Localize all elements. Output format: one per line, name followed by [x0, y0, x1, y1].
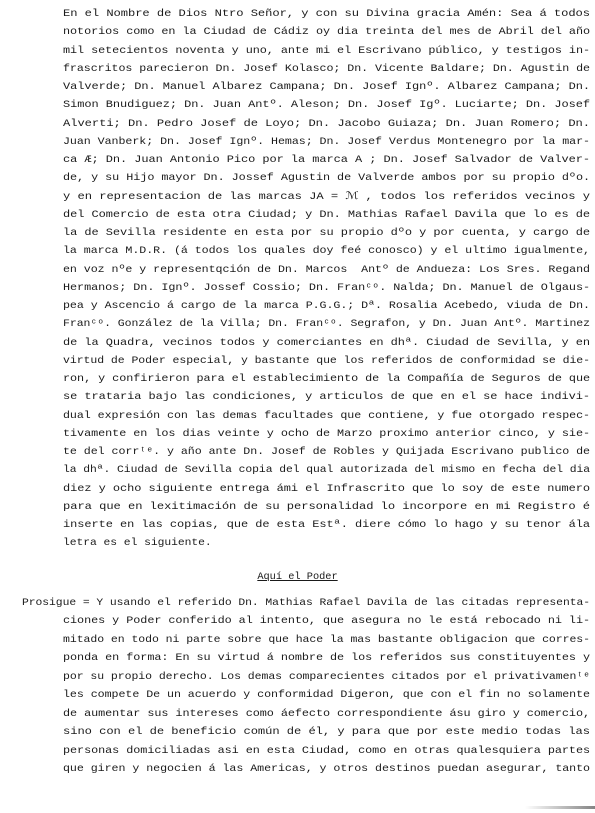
text-line: inserte en las copias, que de esta Estª.… [63, 519, 590, 532]
text-line: Simon Bnudiguez; Dn. Juan Antº. Aleson; … [63, 99, 590, 112]
text-line: del Comercio de esta otra Ciudad; y Dn. … [63, 209, 590, 222]
text-line: notorios como en la Ciudad de Cádiz oy d… [63, 26, 590, 39]
text-line: ponda en forma: En su virtud á nombre de… [63, 652, 590, 665]
text-line: Alverti; Dn. Pedro Josef de Loyo; Dn. Ja… [63, 118, 590, 131]
text-line: por su propio derecho. Los demas compare… [63, 671, 590, 684]
text-line: En el Nombre de Dios Ntro Señor, y con s… [63, 8, 590, 21]
text-line: mil setecientos noventa y uno, ante mi e… [63, 45, 590, 58]
text-line: la de Sevilla residente en esta por su p… [63, 227, 590, 240]
text-line: y en representacion de las marcas JA = ℳ… [63, 191, 590, 204]
text-line: virtud de Poder especial, y bastante que… [63, 355, 590, 368]
text-line: ca Æ; Dn. Juan Antonio Pico por la marca… [63, 154, 590, 167]
text-line: la dhª. Ciudad de Sevilla copia del qual… [63, 464, 590, 477]
text-line: Juan Vanberk; Dn. Josef Ignº. Hemas; Dn.… [63, 136, 590, 149]
text-line: te del corrᵗᵉ. y año ante Dn. Josef de R… [63, 446, 590, 459]
text-line: diez y ocho siguiente entrega ámi el Inf… [63, 483, 590, 496]
text-line: en voz nºe y representqción de Dn. Marco… [63, 264, 590, 277]
text-line: Valverde; Dn. Manuel Albarez Campana; Dn… [63, 81, 590, 94]
text-line: personas domiciliadas asi en esta Ciudad… [63, 745, 590, 758]
text-line: frascritos parecieron Dn. Josef Kolasco;… [63, 63, 590, 76]
section-heading: Aquí el Poder [0, 571, 595, 584]
text-line: de la Quadra, vecinos todos y comerciant… [63, 337, 590, 350]
text-line: que giren y negocien á las Americas, y o… [63, 763, 590, 776]
text-line: de, y su Hijo mayor Dn. Jossef Agustin d… [63, 172, 590, 185]
text-line: ron, y confirieron para el establecimien… [63, 373, 590, 386]
text-line: Prosigue = Y usando el referido Dn. Math… [22, 597, 590, 610]
text-line: tivamente en los dias veinte y ocho de M… [63, 428, 590, 441]
text-line: se trataria bajo las condiciones, y arti… [63, 391, 590, 404]
text-line: Franᶜᵒ. González de la Villa; Dn. Franᶜᵒ… [63, 318, 590, 331]
text-line: de aumentar sus intereses como áefecto c… [63, 708, 590, 721]
text-line: para que en lexitimación de su personali… [63, 501, 590, 514]
text-line: sino con el de beneficio común de él, y … [63, 726, 590, 739]
text-line: Hermanos; Dn. Ignº. Jossef Cossio; Dn. F… [63, 282, 590, 295]
text-line: mitado en todo ni parte sobre que hace l… [63, 634, 590, 647]
text-line: ciones y Poder conferido al intento, que… [63, 615, 590, 628]
text-line: les compete De un acuerdo y conformidad … [63, 689, 590, 702]
text-line: letra es el siguiente. [63, 537, 212, 550]
text-line: la marca M.D.R. (á todos los quales doy … [63, 245, 590, 258]
document-page: En el Nombre de Dios Ntro Señor, y con s… [0, 0, 595, 813]
text-line: dual expresión con las demas facultades … [63, 410, 590, 423]
text-line: pea y Ascencio á cargo de la marca P.G.G… [63, 300, 590, 313]
scan-edge-mark [525, 806, 595, 809]
